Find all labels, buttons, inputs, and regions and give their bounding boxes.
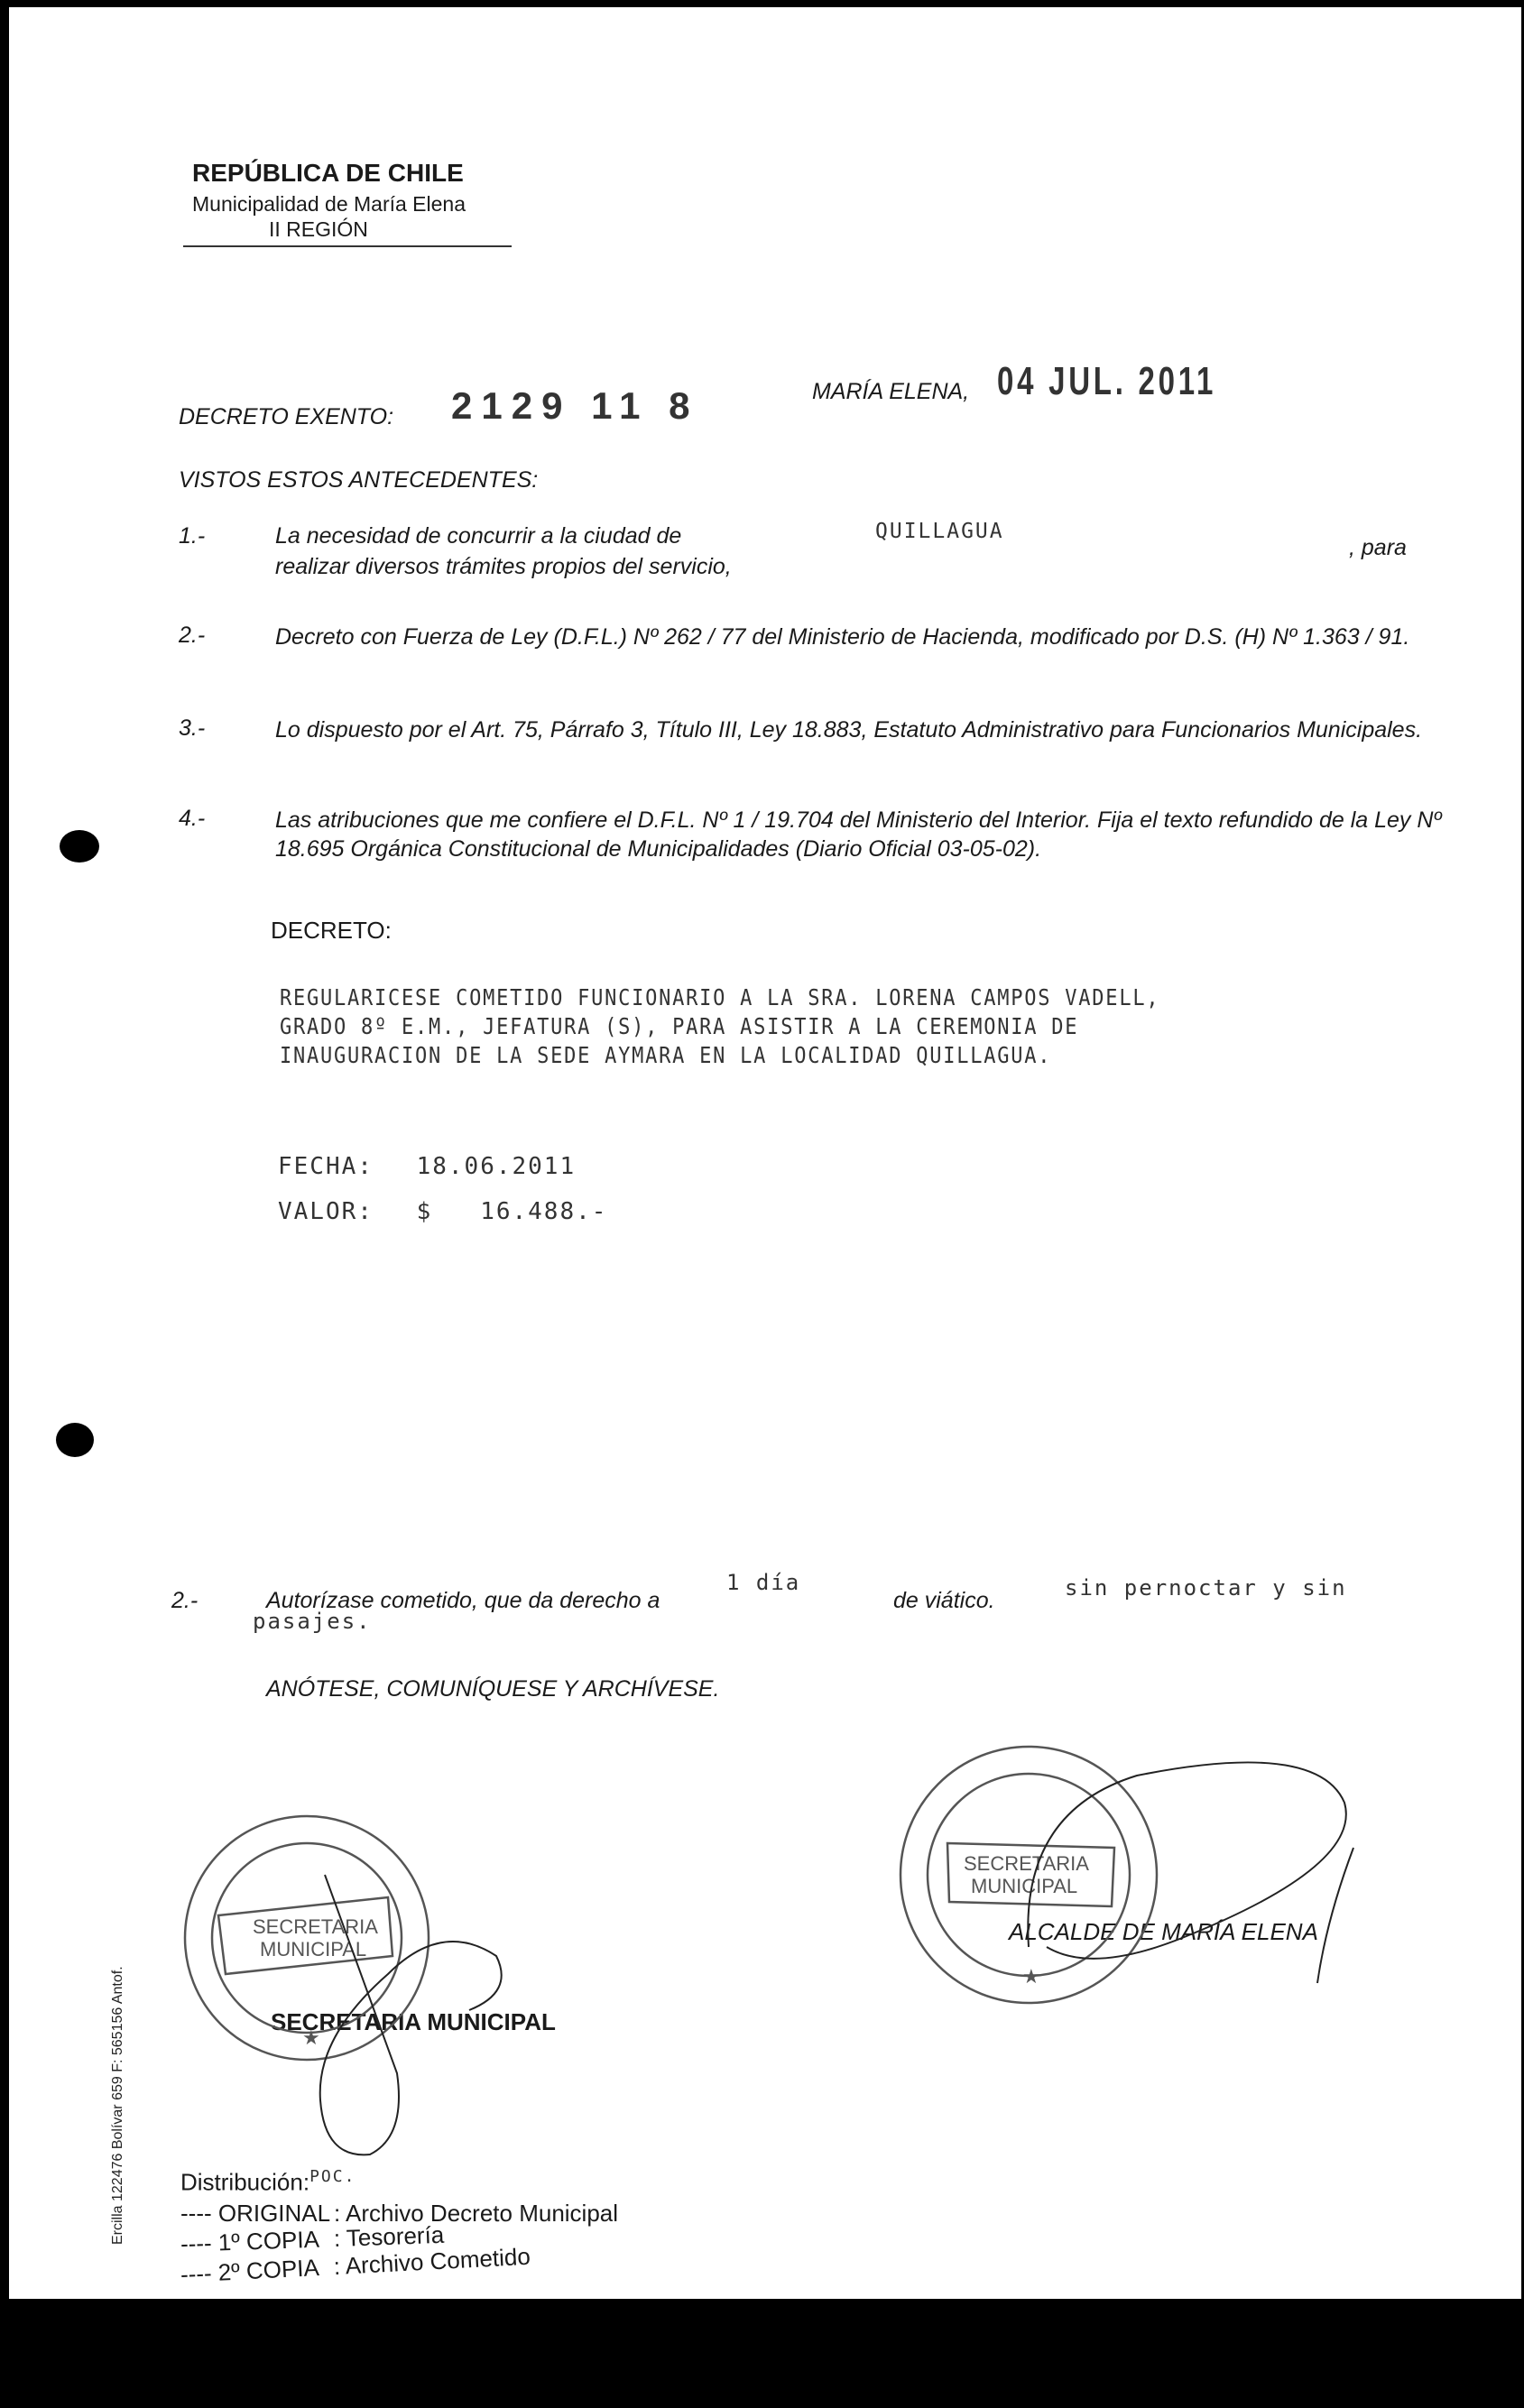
svg-text:MUNICIPAL: MUNICIPAL <box>971 1875 1077 1897</box>
stamp-text: SECRETARIA <box>253 1915 378 1938</box>
stamp-text: MUNICIPAL <box>260 1938 366 1961</box>
decree-page: REPÚBLICA DE CHILE Municipalidad de Marí… <box>9 7 1521 2299</box>
punch-hole <box>60 830 99 863</box>
punch-hole <box>56 1423 94 1457</box>
svg-text:SECRETARIA: SECRETARIA <box>964 1852 1089 1875</box>
municipal-stamp-left: SECRETARIA MUNICIPAL ★ <box>185 1816 429 2060</box>
svg-text:★: ★ <box>302 2026 320 2049</box>
municipal-stamp-right: SECRETARIA MUNICIPAL ★ <box>901 1747 1157 2003</box>
stamps-and-signatures: SECRETARIA MUNICIPAL ★ SECRETARIA MUNICI… <box>9 7 1521 2299</box>
svg-text:★: ★ <box>1022 1965 1040 1988</box>
